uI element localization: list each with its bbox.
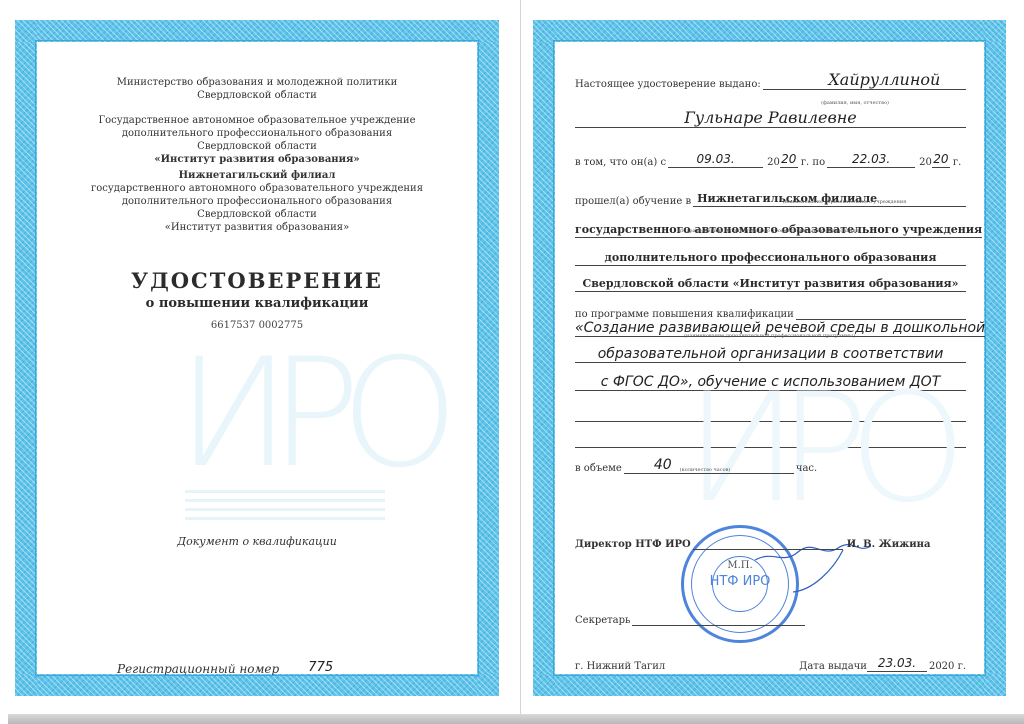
- recipient-given-names: Гульнаре Равилевне: [684, 108, 857, 127]
- year-to: 20: [933, 152, 948, 166]
- director-name: И. В. Жижина: [847, 539, 931, 550]
- guilloche-frame: Настоящее удостоверение выдано: Хайрулли…: [533, 20, 1006, 696]
- serial-number: 6617537 0002775: [37, 320, 477, 331]
- name-hint: (фамилия, имя, отчество): [775, 100, 935, 106]
- registration-number: 775: [308, 660, 333, 675]
- certificate-cover-page: Министерство образования и молодежной по…: [0, 0, 521, 714]
- secretary-row: Секретарь: [575, 606, 805, 626]
- director-row: Директор НТФ ИРО И. В. Жижина: [575, 530, 966, 550]
- program-row: по программе повышения квалификации: [575, 300, 966, 320]
- period-row: в том, что он(а) с 09.03. 20 20 г. по 22…: [575, 148, 966, 168]
- org-line-3: дополнительного профессионального образо…: [605, 251, 937, 264]
- registration-number-row: Регистрационный номер 775: [117, 660, 438, 676]
- issued-to-row: Настоящее удостоверение выдано: Хайрулли…: [575, 70, 966, 90]
- guilloche-frame: Министерство образования и молодежной по…: [15, 20, 499, 696]
- iro-watermark-logo: ИРО: [177, 327, 439, 501]
- spread-shadow: [8, 714, 1024, 724]
- certificate-details-page: Настоящее удостоверение выдано: Хайрулли…: [521, 0, 1024, 714]
- document-title: УДОСТОВЕРЕНИЕ: [37, 268, 477, 293]
- city: г. Нижний Тагил: [575, 661, 665, 672]
- issue-date: 23.03.: [878, 656, 916, 670]
- watermark-microtext: [185, 490, 385, 520]
- date-from: 09.03.: [696, 152, 734, 166]
- branch-title: Нижнетагильский филиал: [37, 169, 477, 182]
- program-line-3: с ФГОС ДО», обучение с использованием ДО…: [601, 374, 941, 390]
- document-caption: Документ о квалификации: [37, 535, 477, 548]
- recipient-surname: Хайруллиной: [828, 70, 940, 89]
- registration-label: Регистрационный номер: [117, 662, 279, 676]
- year-from: 20: [781, 152, 796, 166]
- program-line-2: образовательной организации в соответств…: [598, 346, 944, 362]
- footer-row: г. Нижний Тагил Дата выдачи 23.03. 2020 …: [575, 652, 966, 672]
- date-to: 22.03.: [852, 152, 890, 166]
- document-subtitle: о повышении квалификации: [37, 296, 477, 311]
- institution-header: Государственное автономное образовательн…: [37, 114, 477, 234]
- ministry-header: Министерство образования и молодежной по…: [37, 76, 477, 102]
- org-line-4: Свердловской области «Институт развития …: [582, 277, 958, 290]
